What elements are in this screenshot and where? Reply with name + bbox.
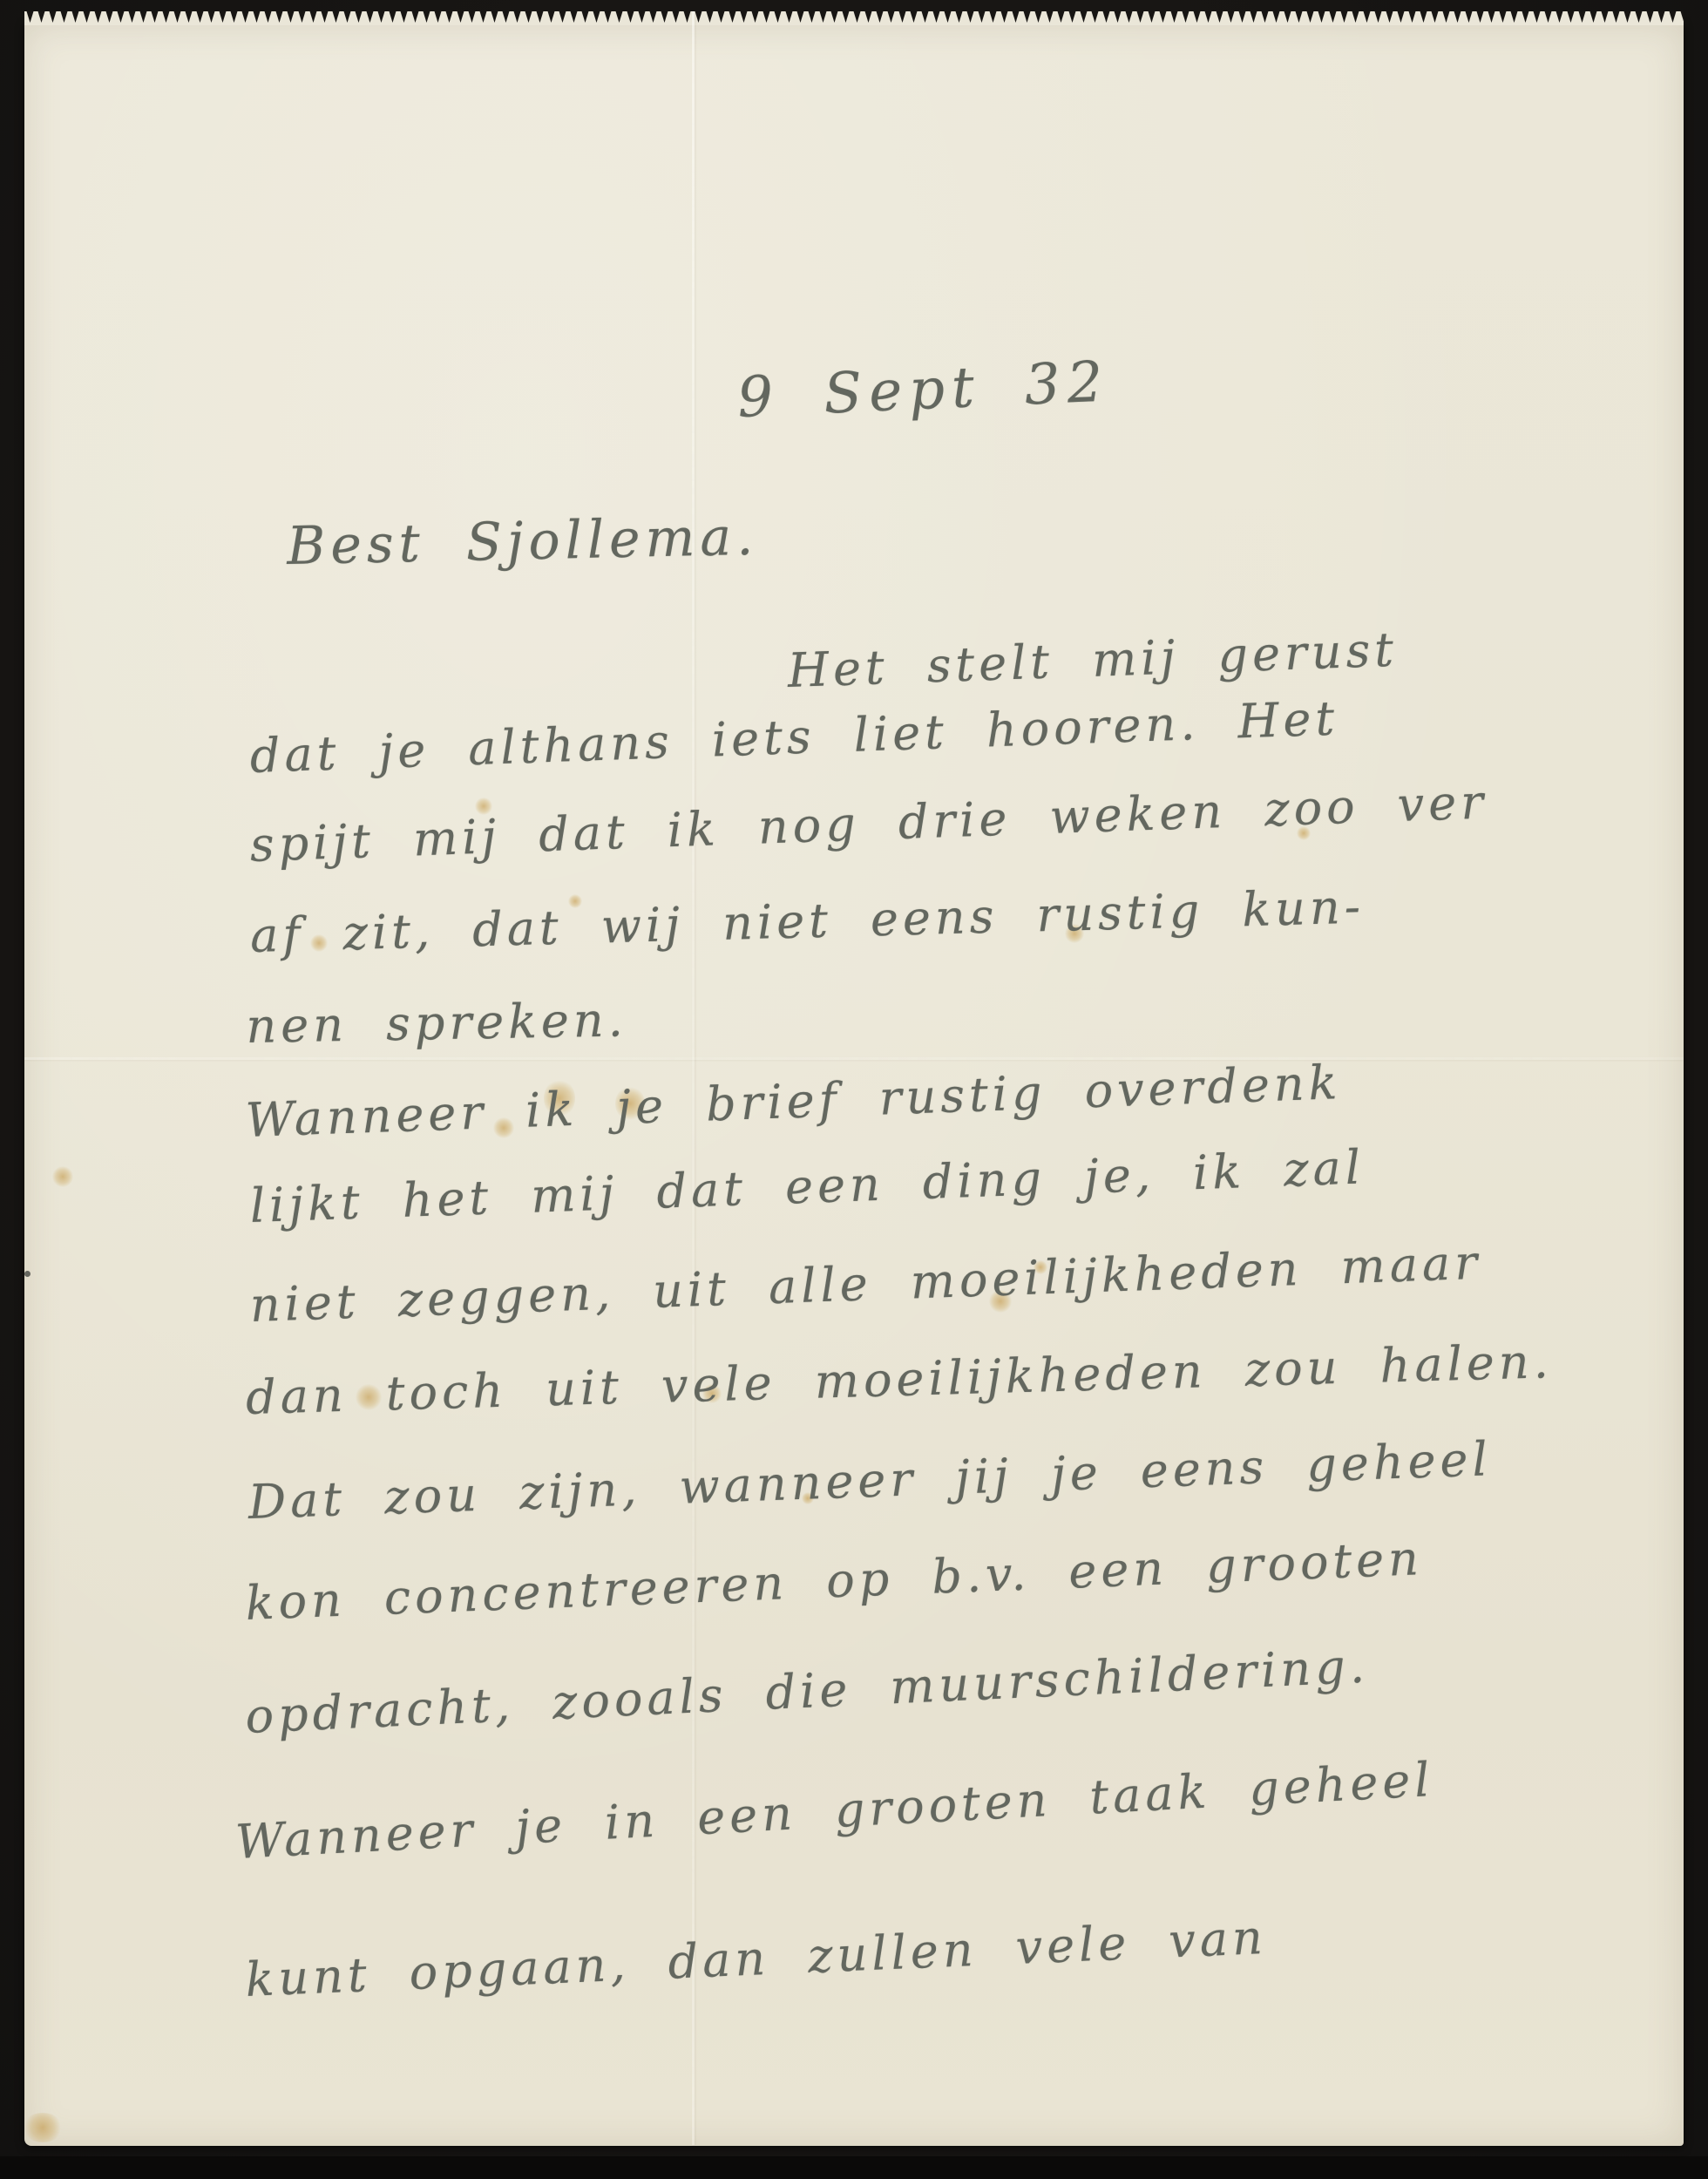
background-mat xyxy=(0,2156,1708,2179)
horizontal-fold-crease xyxy=(24,1057,1684,1060)
ink-dot xyxy=(24,1271,30,1277)
handwritten-line-5: nen spreken. xyxy=(246,992,627,1054)
letter-scan: 9 Sept 32 Best Sjollema. Het stelt mij g… xyxy=(0,0,1708,2179)
deckle-edge xyxy=(24,11,1684,25)
letter-salutation: Best Sjollema. xyxy=(287,506,759,577)
